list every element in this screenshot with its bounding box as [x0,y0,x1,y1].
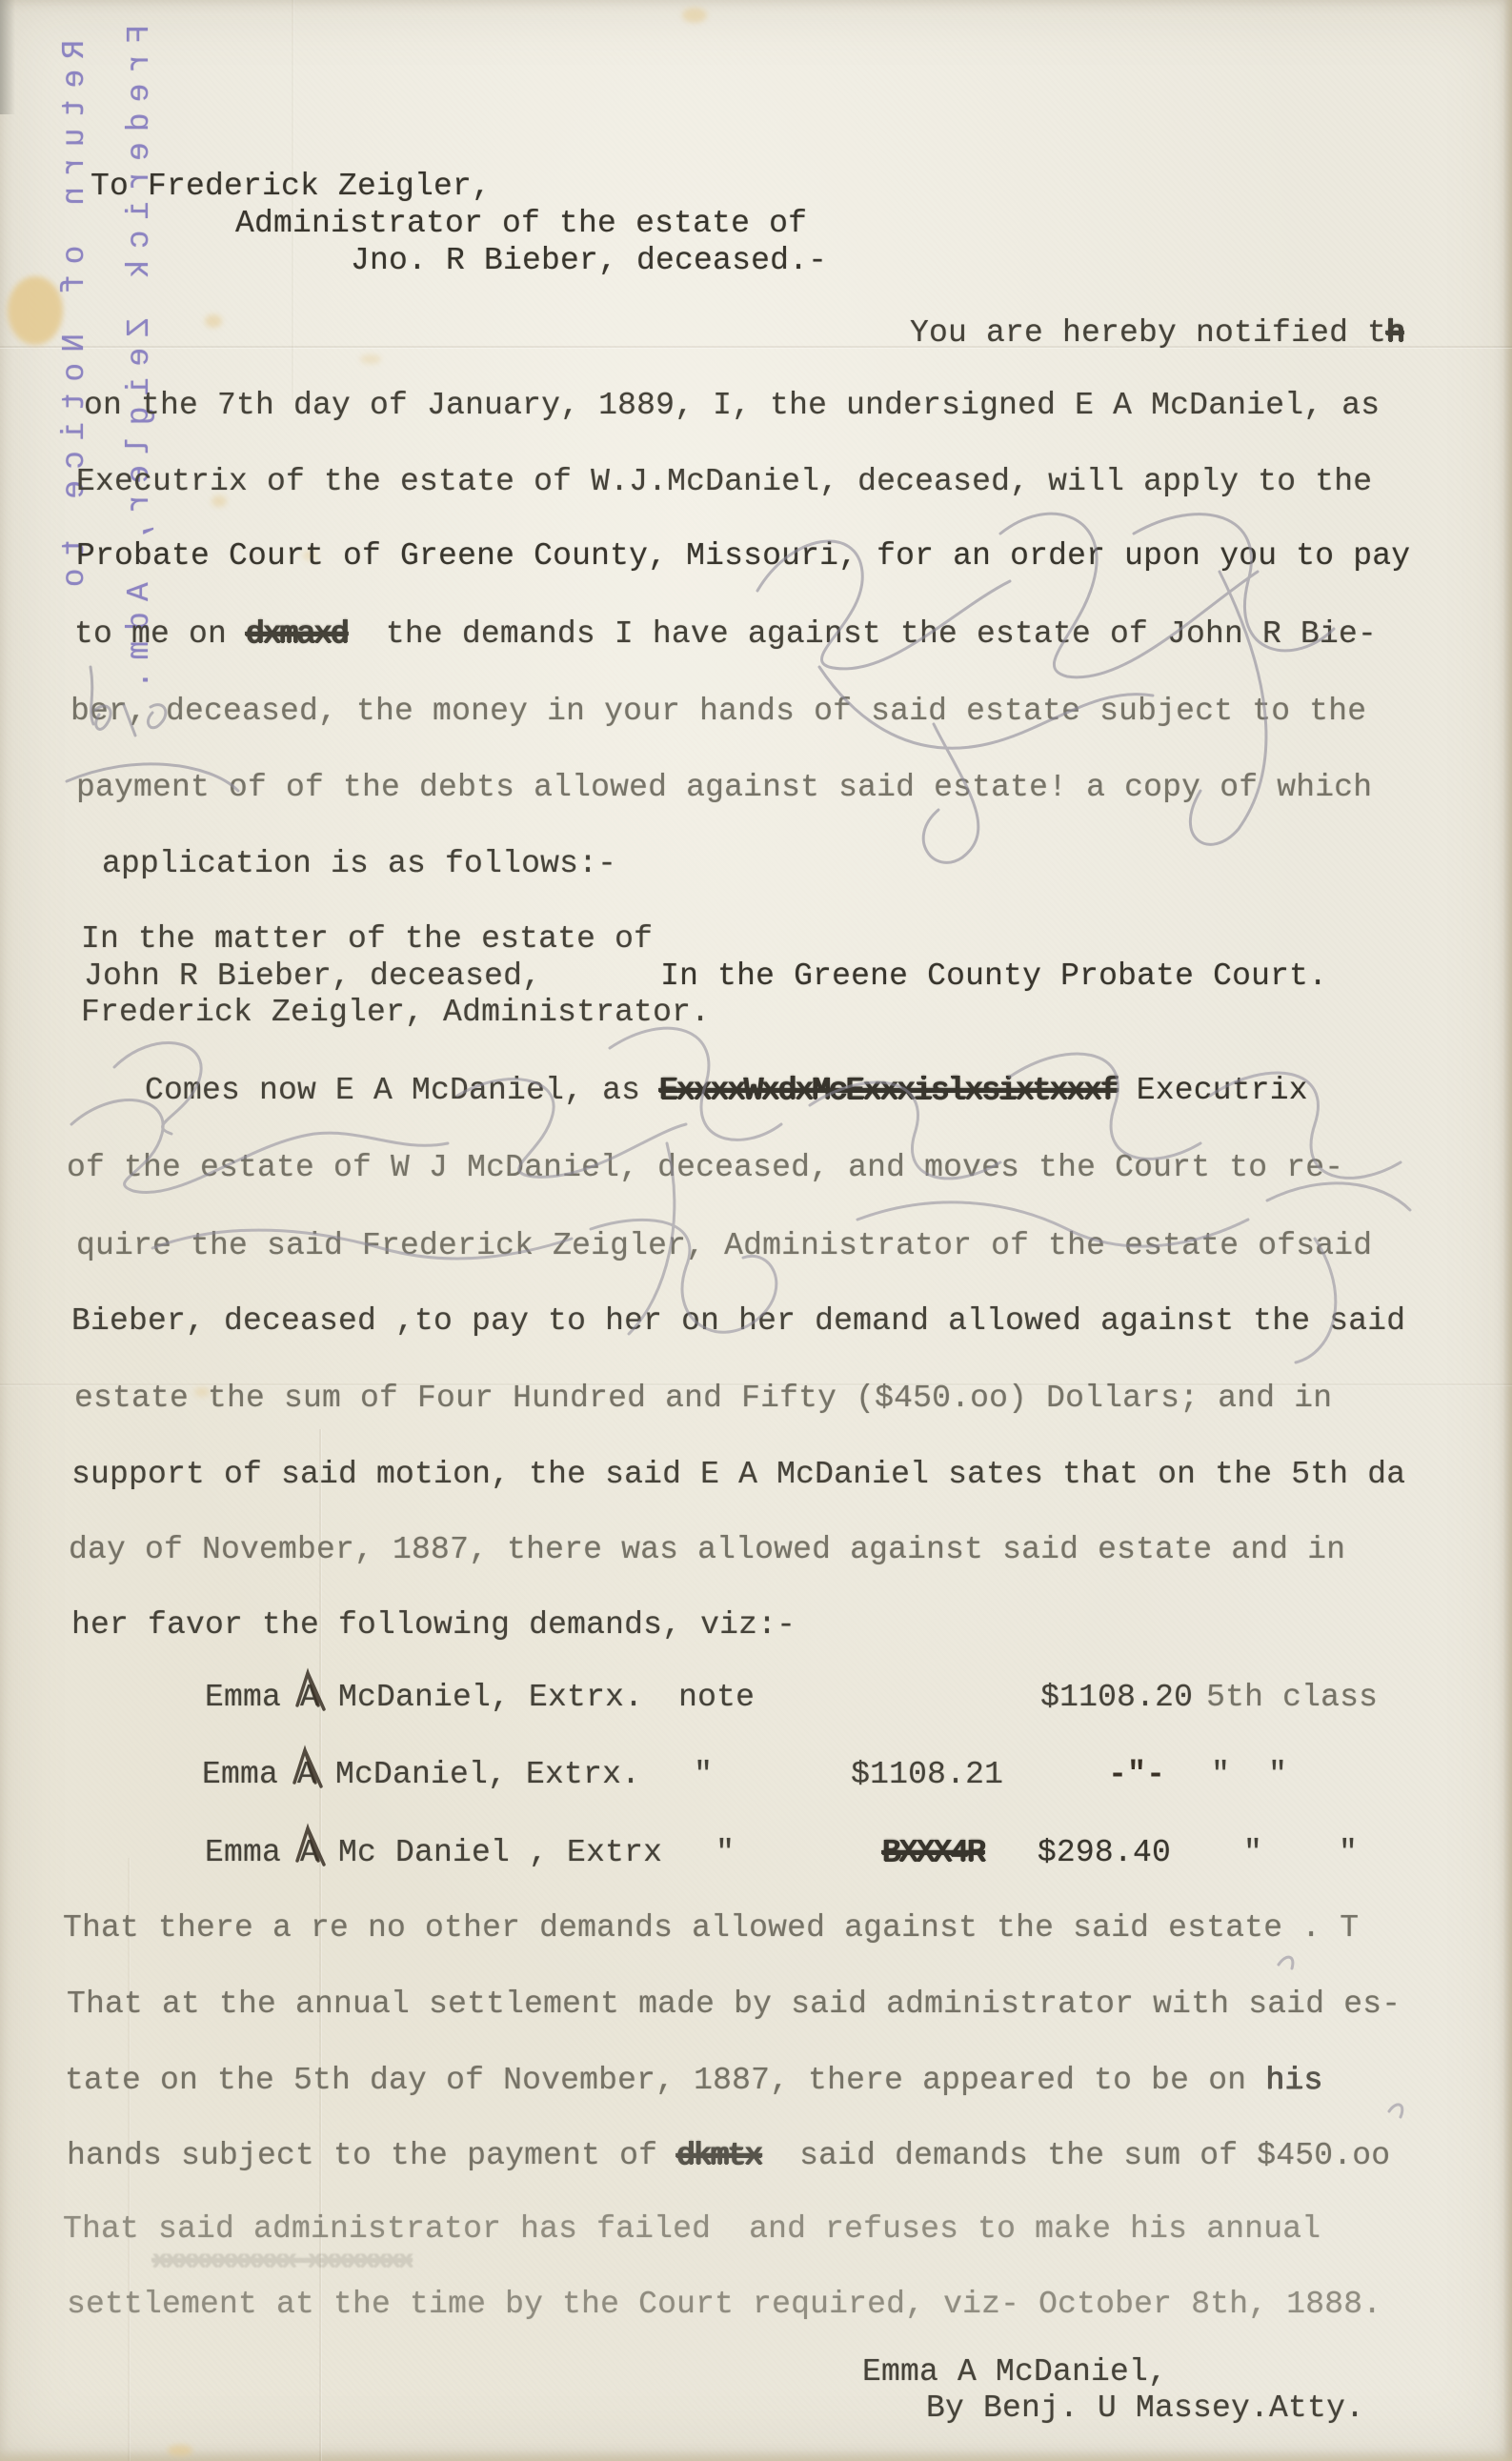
typed-line: support of said motion, the said E A McD… [71,1456,1405,1494]
retyped-text: his [1265,2062,1322,2100]
ink-stain [205,314,222,328]
typed-text: You are hereby notified t [910,314,1386,353]
demand-kind: " [716,1834,735,1872]
demand-amount: $1108.21 [851,1756,1003,1794]
typed-text: John R Bieber, deceased, [84,958,541,996]
demand-row: Emma A McDaniel, Extrx."$1108.21-"-" " [202,1756,1287,1794]
typed-line: That there a re no other demands allowed… [63,1909,1359,1947]
page-right-edge [1503,0,1512,2461]
typed-line: settlement at the time by the Court requ… [67,2286,1381,2324]
demand-claimant: Emma A McDaniel, Extrx. [205,1679,643,1717]
signature-attorney: By Benj. U Massey.Atty. [926,2390,1364,2428]
heading-addressee: To Frederick Zeigler, [91,168,491,206]
overstruck-text: BXXX4R [882,1834,984,1872]
ink-stain [8,276,63,345]
typed-line-hands: hands subject to the payment of dkmtx sa… [67,2137,1390,2175]
typed-text: tate on the 5th day of November, 1887, t… [65,2062,1265,2100]
overstruck-text: h [1386,314,1403,353]
typed-line: of the estate of W J McDaniel, deceased,… [67,1149,1343,1187]
typed-line: Executrix of the estate of W.J.McDaniel,… [76,463,1372,501]
page-bottom-edge [0,2450,1512,2461]
typed-text: Comes now E A McDaniel, as [145,1072,659,1110]
scan-corner-shadow [0,0,15,114]
typed-line: payment of of the debts allowed against … [76,769,1372,807]
pen-ditto-mark: -"- [1108,1756,1165,1794]
ink-stain [360,354,381,364]
demand-amount: $1108.20 [1040,1679,1193,1717]
caption-line: In the matter of the estate of [81,920,653,958]
typed-line-comes-now: Comes now E A McDaniel, as ExxxxWxdxMcEx… [145,1072,1308,1110]
typed-line: Bieber, deceased ,to pay to her on her d… [71,1302,1405,1341]
typed-text: hands subject to the payment of [67,2137,676,2175]
demand-amount: $298.40 [1038,1834,1171,1872]
typed-line: Probate Court of Greene County, Missouri… [76,537,1410,575]
ink-stain [168,2445,192,2456]
typed-line: her favor the following demands, viz:- [71,1606,796,1644]
typed-text: the demands I have against the estate of… [348,615,1377,654]
demand-claimant: Emma A Mc Daniel , Extrx [205,1834,662,1872]
heading-estate-line: Jno. R Bieber, deceased.- [351,242,827,280]
typed-line: estate the sum of Four Hundred and Fifty… [74,1380,1332,1418]
heading-admin-line: Administrator of the estate of [235,205,807,243]
demand-ditto: " " [1211,1756,1287,1794]
demand-row: Emma A Mc Daniel , Extrx"BXXX4R$298.40" … [205,1834,1358,1872]
ink-stain [682,8,707,23]
demand-kind: note [678,1679,755,1717]
typed-line: That at the annual settlement made by sa… [67,1986,1401,2024]
typed-line-demands: to me on dxmaxd the demands I have again… [74,615,1377,654]
demand-kind: " [694,1756,713,1794]
overstruck-text: dxmaxd [246,615,348,654]
pencil-scrawl-middle [71,1028,1410,2117]
erased-overstruck-line: xxxxxxxxxxx xxxxxxxx [152,2241,412,2279]
typed-text: Executrix [1118,1072,1308,1110]
stamp-frederick-zeigler-admr: Frederick Zeigler, Adm. [122,25,157,699]
typed-line: on the 7th day of January, 1889, I, the … [84,387,1380,425]
caption-line-court: John R Bieber, deceased,In the Greene Co… [84,958,1327,996]
typed-text: said demands the sum of $450.oo [761,2137,1390,2175]
overstruck-text: ExxxxWxdxMcExxxislxsixtxxxf [659,1072,1118,1110]
signature-name: Emma A McDaniel, [862,2353,1167,2391]
typed-text: In the Greene County Probate Court. [660,958,1327,996]
typed-line: quire the said Frederick Zeigler, Admini… [76,1227,1372,1265]
typed-line: day of November, 1887, there was allowed… [69,1531,1345,1569]
caption-line: Frederick Zeigler, Administrator. [81,994,710,1032]
stamp-return-of-notice: Return of Notice to [57,40,92,597]
typed-line: ber, deceased, the money in your hands o… [71,693,1366,731]
typed-line-notified: You are hereby notified th [910,314,1403,353]
demand-ditto: " " [1243,1834,1358,1872]
typed-line: application is as follows:- [102,845,616,883]
typed-text: to me on [74,615,246,654]
overstruck-text: dkmtx [676,2137,761,2175]
demand-row: Emma A McDaniel, Extrx.note$1108.205th c… [205,1679,1378,1717]
typed-line-on-his: tate on the 5th day of November, 1887, t… [65,2062,1322,2100]
demand-class: 5th class [1206,1679,1378,1717]
document-page: Return of Notice to Frederick Zeigler, A… [0,0,1512,2461]
demand-claimant: Emma A McDaniel, Extrx. [202,1756,640,1794]
